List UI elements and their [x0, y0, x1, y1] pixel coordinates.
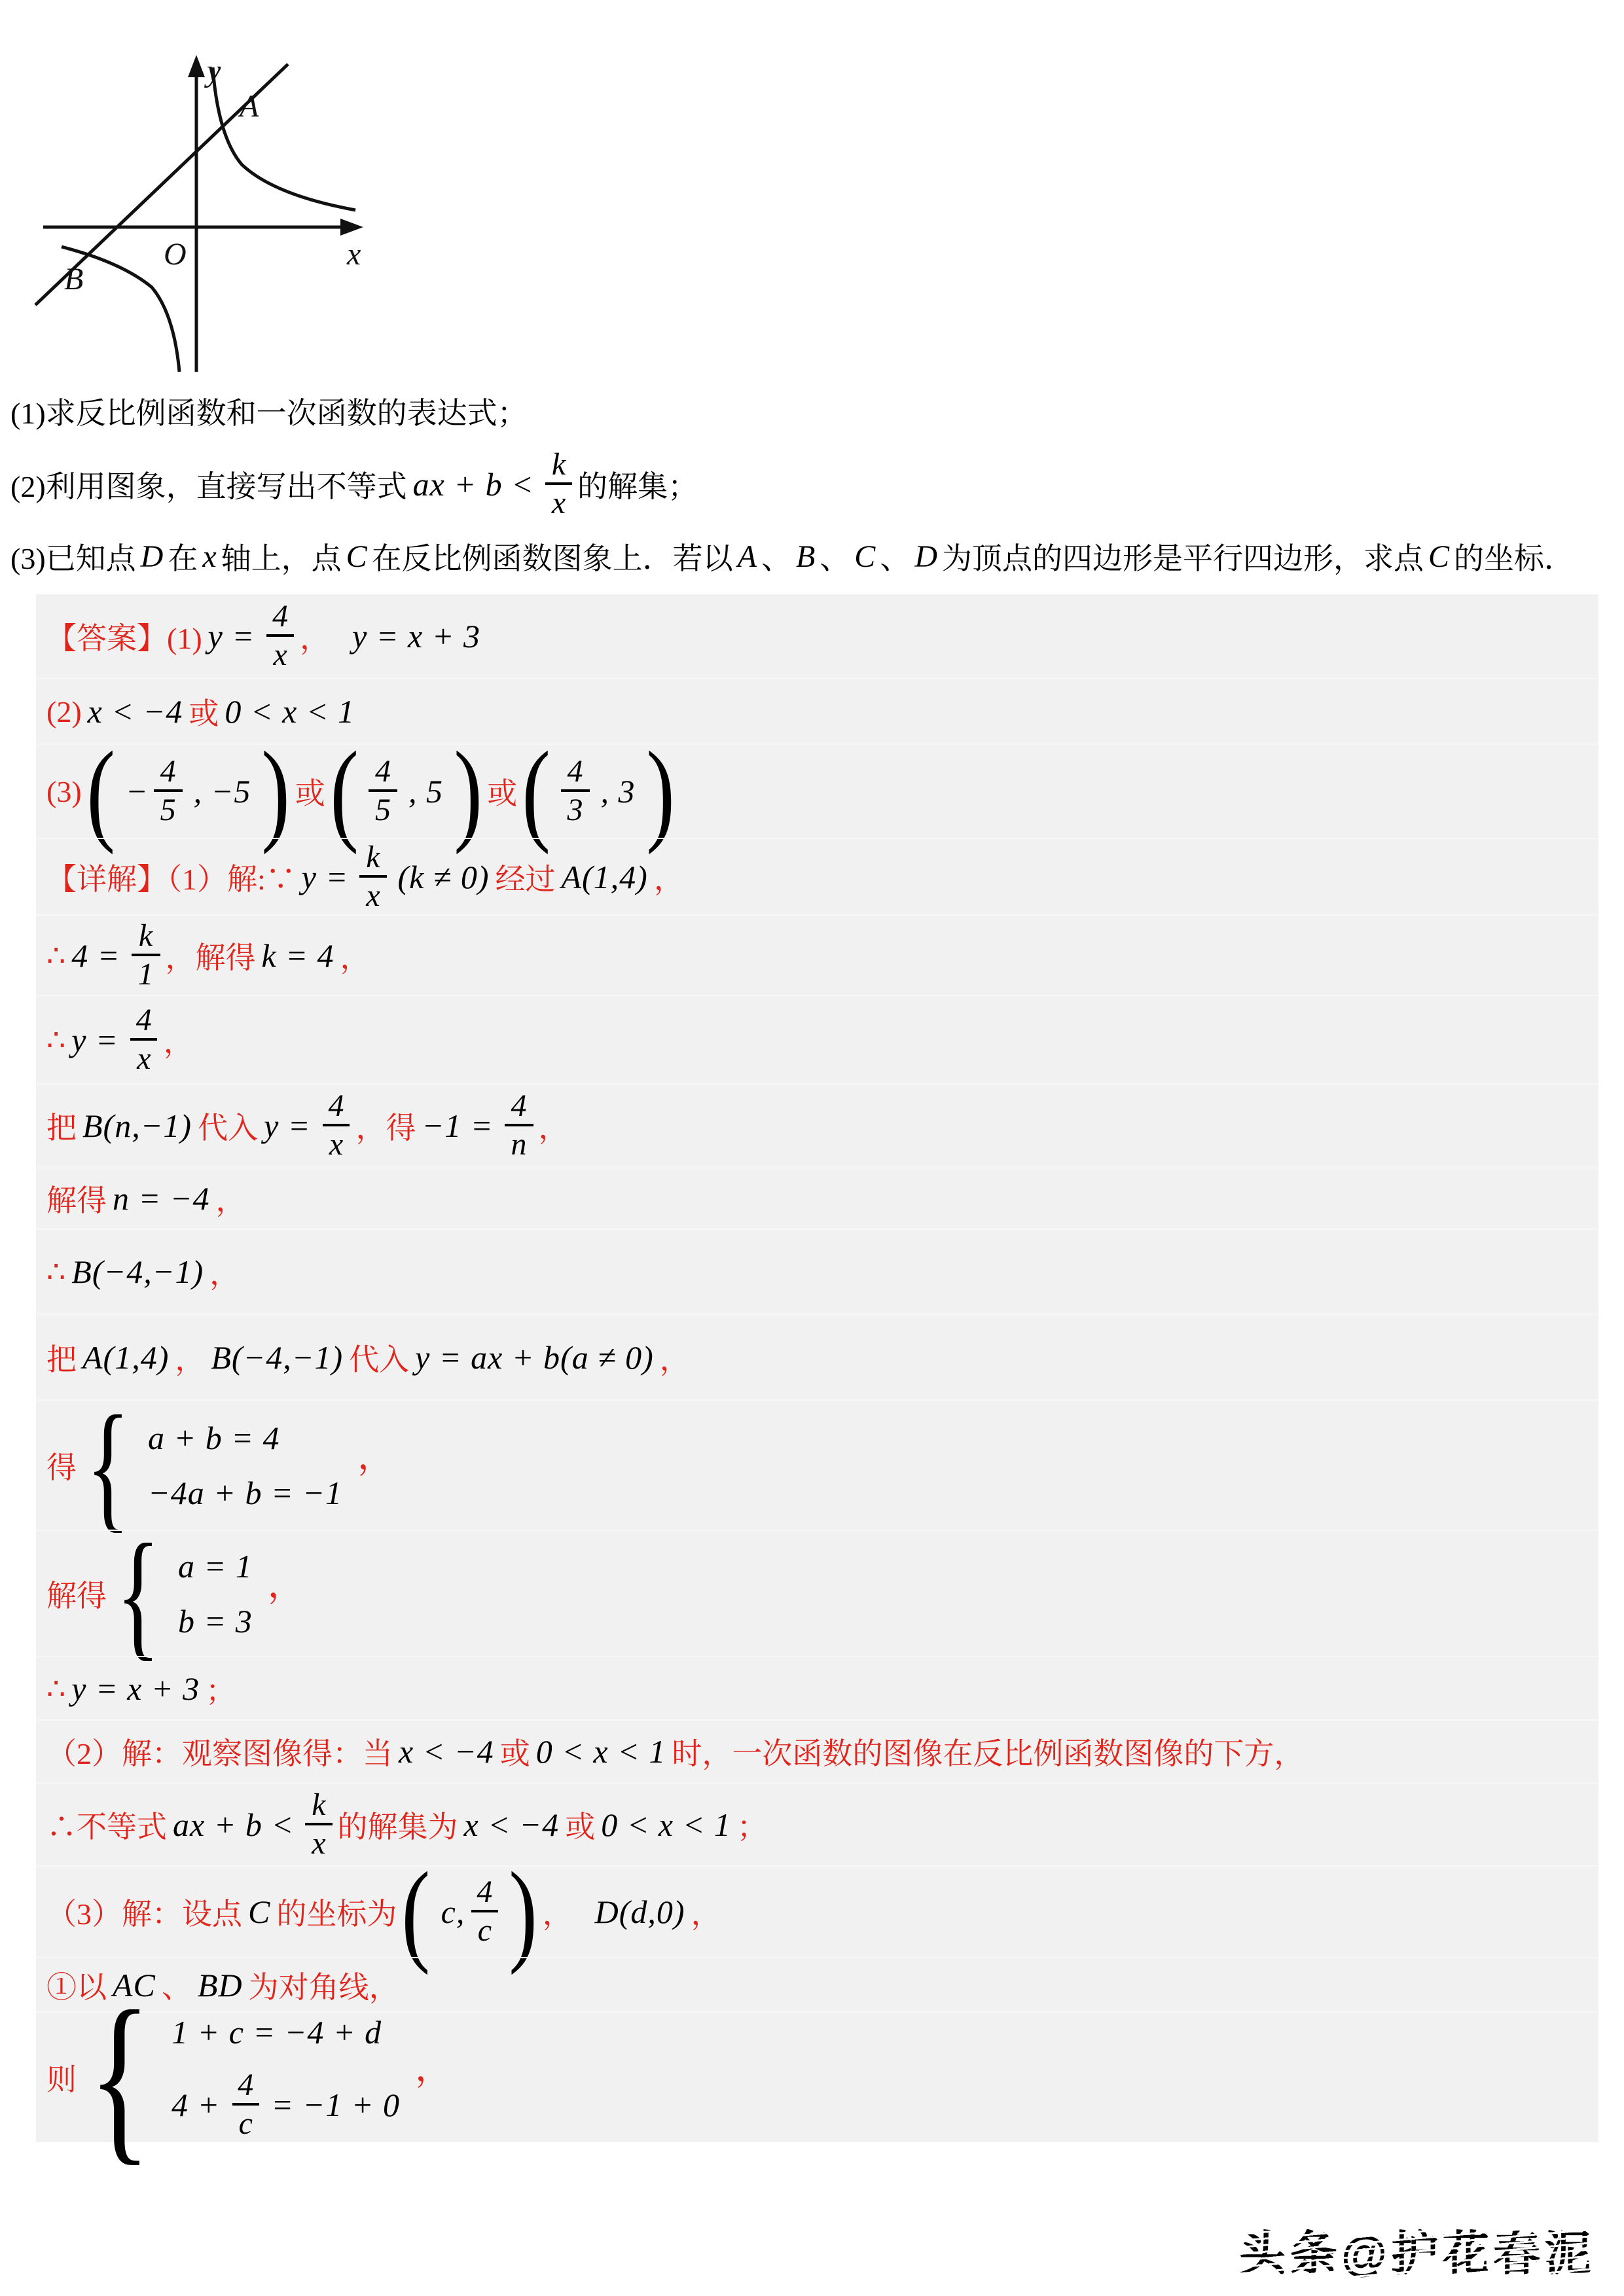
semicolon: ；: [206, 1667, 236, 1710]
fraction-denominator: x: [266, 634, 293, 673]
equation-column: a + b = 4 −4a + b = −1: [142, 1419, 348, 1512]
right-paren: ): [454, 743, 482, 840]
math-run: ax + b <: [413, 465, 534, 503]
var-b: B: [796, 539, 815, 575]
fraction-denominator: x: [545, 482, 572, 521]
fraction-denominator: 3: [561, 789, 590, 828]
math-run: y =: [208, 617, 255, 655]
comma: ，: [268, 1556, 304, 1608]
fraction-numerator: 4: [322, 1089, 351, 1124]
text-run: 代入: [198, 1104, 258, 1147]
var-x: x: [202, 539, 216, 575]
text-run: 的坐标．: [1454, 535, 1574, 578]
comma: ，: [164, 1018, 194, 1062]
fraction-numerator: 4: [130, 1003, 158, 1038]
fraction-numerator: k: [545, 448, 572, 482]
watermark: 头条@护花春泥: [1239, 2215, 1595, 2284]
answer-label: (3): [46, 774, 82, 809]
math-run: A(1,4): [82, 1338, 169, 1376]
solution-line-4: 把 B(n,−1) 代入 y = 4 x ，得 −1 = 4 n ，: [36, 1083, 1598, 1167]
point-b-label: B: [64, 262, 83, 296]
problem-1-text: (1)求反比例函数和一次函数的表达式；: [10, 389, 528, 433]
math-run: 4 =: [71, 937, 120, 975]
text-run: 为顶点的四边形是平行四边形，求点: [942, 535, 1424, 578]
math-run: (k ≠ 0): [398, 858, 490, 896]
fraction-k-over-x: k x: [545, 448, 572, 521]
text-run: 、: [820, 535, 850, 578]
fraction-denominator: 5: [154, 789, 183, 828]
enumeration-comma: 、: [162, 1964, 192, 2007]
math-run: , −5: [194, 772, 251, 810]
math-run: 0 < x < 1: [536, 1732, 666, 1770]
comma: ，: [340, 934, 370, 977]
solution-line-15: 则 { 1 + c = −4 + d 4 + 4 c = −1 + 0 ，: [36, 2011, 1598, 2142]
fraction-k-over-1: k 1: [132, 919, 160, 992]
fraction-denominator: 1: [132, 954, 160, 992]
equation-1: a + b = 4: [148, 1419, 280, 1457]
fraction-denominator: c: [471, 1910, 498, 1948]
var-c: C: [1428, 539, 1449, 575]
solution-line-13: （3）解：设点 C 的坐标为 ( c, 4 c ) ， D(d,0) ，: [36, 1865, 1598, 1957]
left-paren: (: [86, 743, 115, 840]
equation-column: a = 1 b = 3: [172, 1547, 259, 1640]
math-run: A(1,4): [561, 858, 647, 896]
fraction-numerator: 4: [154, 755, 183, 789]
solution-line-14: ①以 AC 、 BD 为对角线，: [36, 1957, 1598, 2011]
therefore-symbol: ∴: [46, 1254, 65, 1289]
math-run: BD: [198, 1966, 243, 2004]
comma: ，: [654, 855, 684, 899]
text-run: 把: [46, 1104, 77, 1147]
function-graph: y x O A B: [24, 18, 370, 375]
math-run: k = 4: [262, 937, 334, 975]
equation-1: 1 + c = −4 + d: [171, 2013, 382, 2051]
point-a-label: A: [238, 89, 259, 124]
math-run: y = x + 3: [71, 1670, 200, 1708]
solution-line-9: 解得 { a = 1 b = 3 ，: [36, 1530, 1598, 1656]
fraction-numerator: k: [305, 1788, 332, 1823]
right-paren: ): [262, 743, 291, 840]
origin-label: O: [164, 237, 187, 272]
comma: ，: [175, 1336, 205, 1379]
fraction-4-over-3: 4 3: [561, 755, 590, 828]
or-word: 或: [500, 1730, 530, 1773]
var-d: D: [914, 539, 937, 575]
text-run: 轴上，点: [221, 535, 342, 578]
solution-line-5: 解得 n = −4 ，: [36, 1167, 1598, 1229]
fraction-denominator: n: [505, 1124, 533, 1162]
solution-line-1: 【详解】（1）解:∵ y = k x (k ≠ 0) 经过 A(1,4) ，: [36, 838, 1598, 914]
equation-system: { a = 1 b = 3: [111, 1547, 259, 1640]
fraction-numerator: 4: [369, 755, 397, 789]
math-run: y = x + 3: [352, 617, 480, 655]
fraction-denominator: x: [130, 1038, 157, 1077]
or-word: 或: [189, 690, 219, 733]
left-paren: (: [522, 743, 551, 840]
therefore-symbol: ∴: [46, 938, 65, 973]
fraction-k-over-x: k x: [305, 1788, 332, 1861]
text-run: 经过: [495, 855, 555, 899]
hyperbola-branch-1: [213, 67, 355, 210]
fraction-numerator: k: [132, 919, 159, 954]
y-axis-label: y: [204, 54, 221, 88]
text-run: (3)已知点: [10, 535, 136, 578]
solution-line-3: ∴ y = 4 x ，: [36, 995, 1598, 1083]
or-word: 或: [487, 770, 517, 813]
fraction-4-over-5: 4 5: [154, 755, 183, 828]
comma: ，: [539, 1104, 569, 1147]
solution-line-2: ∴ 4 = k 1 ，解得 k = 4 ，: [36, 914, 1598, 995]
left-brace: {: [86, 1408, 130, 1522]
fraction-numerator: 4: [470, 1875, 499, 1910]
comma: ，: [543, 1890, 573, 1933]
math-run: y = ax + b(a ≠ 0): [415, 1338, 654, 1376]
text-run: ，得: [356, 1104, 416, 1147]
equation-2: b = 3: [178, 1602, 253, 1640]
text-run: 解得: [46, 1177, 107, 1220]
answer-label: (2): [46, 694, 82, 729]
fraction-4-over-x: 4 x: [266, 600, 295, 673]
solution-line-11: （2）解：观察图像得：当 x < −4 或 0 < x < 1 时，一次函数的图…: [36, 1719, 1598, 1782]
text-run: 则: [46, 2056, 77, 2099]
or-word: 或: [295, 770, 325, 813]
fraction-denominator: x: [305, 1823, 332, 1861]
left-brace: {: [116, 1536, 160, 1651]
math-run: D(d,0): [595, 1893, 685, 1931]
detail-label: 【详解】（1）解:∵: [46, 855, 296, 899]
problem-2-text: (2)利用图象，直接写出不等式: [10, 463, 407, 506]
math-run: B(n,−1): [82, 1107, 192, 1145]
fraction-4-over-5: 4 5: [369, 755, 397, 828]
comma: ，: [415, 2039, 452, 2092]
solution-line-8: 得 { a + b = 4 −4a + b = −1 ，: [36, 1399, 1598, 1530]
fraction-k-over-x: k x: [359, 840, 386, 914]
var-a: A: [738, 539, 757, 575]
or-word: 或: [565, 1803, 595, 1846]
text-run: 、: [880, 535, 910, 578]
fraction-4-over-n: 4 n: [505, 1089, 533, 1162]
x-axis-arrow: [340, 219, 363, 236]
left-brace: {: [88, 2002, 151, 2153]
text-run: 在: [168, 535, 198, 578]
fraction-numerator: 4: [561, 755, 590, 789]
answer-line-1: 【答案】(1) y = 4 x ， y = x + 3: [36, 594, 1598, 678]
fraction-numerator: 4: [505, 1089, 533, 1124]
fraction-denominator: x: [323, 1124, 350, 1162]
right-paren: ): [646, 743, 675, 840]
problem-line-1: (1)求反比例函数和一次函数的表达式；: [0, 393, 1624, 429]
equation-system: { 1 + c = −4 + d 4 + 4 c = −1 + 0: [81, 2012, 406, 2143]
math-run: 4 +: [171, 2086, 220, 2124]
var-c: C: [248, 1893, 270, 1931]
equation-2: −4a + b = −1: [148, 1474, 342, 1512]
problem-2-text-end: 的解集；: [577, 463, 698, 506]
equation-2: 4 + 4 c = −1 + 0: [166, 2068, 406, 2142]
equation-column: 1 + c = −4 + d 4 + 4 c = −1 + 0: [166, 2013, 406, 2142]
fraction-4-over-x: 4 x: [322, 1089, 351, 1162]
x-axis-label: x: [346, 237, 361, 272]
text-run: 、: [761, 535, 791, 578]
comma: ，: [209, 1250, 240, 1293]
solution-line-7: 把 A(1,4) ， B(−4,−1) 代入 y = ax + b(a ≠ 0)…: [36, 1314, 1598, 1399]
y-axis-arrow: [188, 55, 205, 77]
right-paren: ): [509, 1863, 538, 1961]
math-run: 0 < x < 1: [601, 1806, 731, 1844]
text-run: 解得: [46, 1572, 107, 1615]
solution-line-10: ∴ y = x + 3 ；: [36, 1656, 1598, 1719]
math-run: x < −4: [464, 1806, 560, 1844]
left-paren: (: [402, 1863, 431, 1961]
fraction-denominator: 5: [369, 789, 397, 828]
therefore-symbol: ∴: [46, 1671, 65, 1706]
math-run: = −1 + 0: [271, 2086, 400, 2124]
fraction-4-over-x: 4 x: [130, 1003, 158, 1077]
text-run: ∴不等式: [46, 1803, 167, 1846]
worksheet-page: { "figure": { "y_label": "y", "x_label":…: [0, 0, 1624, 2296]
text-run: 得: [46, 1444, 77, 1487]
fraction-denominator: c: [232, 2103, 259, 2142]
text-run: （3）解：设点: [46, 1890, 242, 1933]
math-run: x < −4: [399, 1732, 494, 1770]
left-paren: (: [330, 743, 359, 840]
text-run: 代入: [349, 1336, 409, 1379]
math-run: , 5: [408, 772, 443, 810]
comma: ，: [660, 1336, 690, 1379]
fraction-denominator: x: [359, 875, 386, 914]
answer-label: 【答案】(1): [46, 615, 202, 658]
text-run: 时，一次函数的图像在反比例函数图像的下方，: [672, 1730, 1304, 1773]
fraction-numerator: 4: [231, 2068, 260, 2103]
problem-line-2: (2)利用图象，直接写出不等式 ax + b < k x 的解集；: [0, 448, 1624, 521]
var-c: C: [346, 539, 367, 575]
math-run: 0 < x < 1: [225, 692, 355, 730]
comma: ，: [215, 1177, 245, 1220]
equation-1: a = 1: [178, 1547, 253, 1585]
fraction-4-over-c: 4 c: [470, 1875, 499, 1948]
math-run: ax + b <: [173, 1806, 294, 1844]
fraction-numerator: 4: [266, 600, 295, 634]
therefore-symbol: ∴: [46, 1022, 65, 1058]
text-run: 在反比例函数图象上．若以: [372, 535, 733, 578]
math-run: , 3: [601, 772, 636, 810]
text-run: （2）解：观察图像得：当: [46, 1730, 393, 1773]
math-run: y =: [71, 1021, 118, 1059]
math-run: x < −4: [88, 692, 183, 730]
text-run: 的坐标为: [276, 1890, 397, 1933]
answer-line-3: (3) ( − 4 5 , −5 ) 或 ( 4 5 , 5 ) 或 ( 4 3…: [36, 744, 1598, 838]
text-run: 为对角线，: [249, 1964, 399, 2007]
math-run: y =: [302, 858, 348, 896]
fraction-4-over-c: 4 c: [231, 2068, 260, 2142]
comma: ，: [691, 1890, 721, 1933]
fraction-numerator: k: [359, 840, 386, 875]
solution-line-12: ∴不等式 ax + b < k x 的解集为 x < −4 或 0 < x < …: [36, 1782, 1598, 1865]
semicolon: ；: [737, 1803, 767, 1846]
text-run: 的解集为: [338, 1803, 458, 1846]
math-run: B(−4,−1): [211, 1338, 343, 1376]
text-run: 把: [46, 1336, 77, 1379]
minus-sign: −: [126, 772, 149, 810]
math-run: y =: [264, 1107, 310, 1145]
text-run: ，解得: [166, 934, 256, 977]
math-run: n = −4: [113, 1179, 209, 1217]
math-run: −1 =: [422, 1107, 494, 1145]
solution-line-6: ∴ B(−4,−1) ，: [36, 1229, 1598, 1314]
math-run: B(−4,−1): [71, 1253, 204, 1291]
math-run: c,: [441, 1893, 465, 1931]
comma: ，: [357, 1427, 394, 1480]
var-d: D: [141, 539, 164, 575]
problem-line-3: (3)已知点 D 在 x 轴上，点 C 在反比例函数图象上．若以 A 、 B 、…: [0, 537, 1624, 576]
equation-system: { a + b = 4 −4a + b = −1: [81, 1419, 348, 1512]
var-c: C: [854, 539, 875, 575]
comma: ，: [300, 615, 330, 658]
